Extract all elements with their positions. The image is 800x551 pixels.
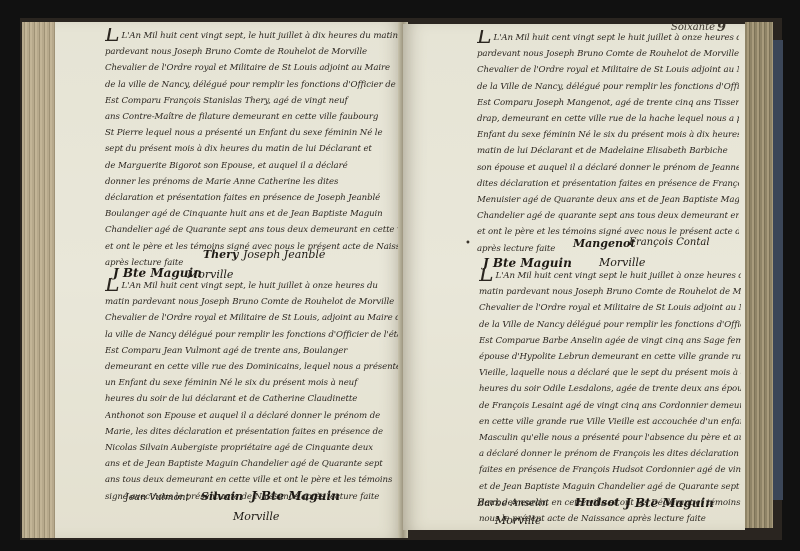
record-line: faites en présence de François Hudsot Co… — [479, 462, 741, 478]
record-line: de la Ville de Nancy, délégué pour rempl… — [477, 79, 739, 95]
record-line: Enfant du sexe féminin Né le six du prés… — [477, 127, 739, 143]
record-line: sept du présent mois à dix heures du mat… — [105, 141, 401, 157]
record-line: Chevalier de l'Ordre royal et Militaire … — [105, 310, 401, 326]
birth-record-2: LL'An Mil huit cent vingt sept, le huit … — [105, 278, 401, 505]
left-page: LL'An Mil huit cent vingt sept, le huit … — [55, 22, 403, 538]
signature-witness: J Bte Maguin — [251, 489, 340, 503]
record-line: pardevant nous Joseph Bruno Comte de Rou… — [105, 44, 401, 60]
record-line: et de Jean Baptiste Maguin Chandelier ag… — [479, 479, 741, 495]
birth-record-1: LL'An Mil huit cent vingt sept, le huit … — [105, 28, 401, 271]
record-line: Est Comparu François Stanislas Thery, ag… — [105, 93, 401, 109]
record-line: Est Comparue Barbe Anselin agée de vingt… — [479, 333, 741, 349]
record-line: Boulanger agé de Cinquante huit ans et d… — [105, 206, 401, 222]
signature-father: Jean Vulmont — [125, 492, 189, 503]
record-line: de la ville de Nancy, délégué pour rempl… — [105, 77, 401, 93]
right-page: Soixante 9 LL'An Mil huit cent vingt sep… — [403, 24, 745, 530]
record-line: LL'An Mil huit cent vingt sept le huit j… — [477, 30, 739, 46]
record-line: Chevalier de l'Ordre royal et Militaire … — [477, 62, 739, 78]
record-line: Chandelier agé de quarante sept ans tous… — [477, 208, 739, 224]
signature-father: Thery — [203, 248, 238, 261]
record-line: drap, demeurant en cette ville rue de la… — [477, 111, 739, 127]
margin-mark: • — [465, 238, 471, 249]
signature-witness: François Contal — [629, 237, 710, 248]
record-line: Nicolas Silvain Aubergiste propriétaire … — [105, 440, 401, 456]
record-line: heures du soir de lui déclarant et de Ca… — [105, 391, 401, 407]
record-line: matin de lui Déclarant et de Madelaine E… — [477, 143, 739, 159]
signature-officer: Morville — [233, 510, 279, 523]
record-line: un Enfant du sexe féminin Né le six du p… — [105, 375, 401, 391]
record-line: Chandelier agé de Quarante sept ans tous… — [105, 222, 401, 238]
birth-record-3: LL'An Mil huit cent vingt sept le huit j… — [477, 30, 739, 257]
record-line: Marie, les dites déclaration et présenta… — [105, 424, 401, 440]
record-line: épouse d'Hypolite Lebrun demeurant en ce… — [479, 349, 741, 365]
signature-witness: Silvain — [201, 490, 243, 503]
record-line: LL'An Mil huit cent vingt sept le huit j… — [479, 268, 741, 284]
record-line: LL'An Mil huit cent vingt sept, le huit … — [105, 278, 401, 294]
record-line: dites déclaration et présentation faites… — [477, 176, 739, 192]
record-line: ans tous deux demeurant en cette ville e… — [105, 472, 401, 488]
record-line: donner les prénoms de Marie Anne Catheri… — [105, 174, 401, 190]
birth-record-4: LL'An Mil huit cent vingt sept le huit j… — [479, 268, 741, 527]
record-line: heures du soir Odile Lesdalons, agée de … — [479, 381, 741, 397]
record-line: Vieille, laquelle nous a déclaré que le … — [479, 365, 741, 381]
signature-officer: Morville — [495, 514, 541, 527]
record-line: demeurant en cette ville rue des Dominic… — [105, 359, 401, 375]
record-line: son épouse et auquel il a déclaré donner… — [477, 160, 739, 176]
signature-declarant: Barbe Anselin — [477, 498, 548, 509]
binding-spine — [773, 40, 783, 500]
record-line: Chevalier de l'Ordre royal et Militaire … — [105, 60, 401, 76]
record-line: ans Contre-Maître de filature demeurant … — [105, 109, 401, 125]
signature-witness: J Bte Maguin — [625, 496, 714, 510]
record-line: St Pierre lequel nous a présenté un Enfa… — [105, 125, 401, 141]
signature-witness: Joseph Jeanblé — [243, 248, 325, 261]
record-line: Masculin qu'elle nous a présenté pour l'… — [479, 430, 741, 446]
record-line: LL'An Mil huit cent vingt sept, le huit … — [105, 28, 401, 44]
record-line: matin pardevant nous Joseph Bruno Comte … — [479, 284, 741, 300]
right-page-block-edge — [745, 22, 773, 528]
left-page-block-edge — [22, 22, 56, 538]
record-line: Est Comparu Joseph Mangenot, agé de tren… — [477, 95, 739, 111]
record-line: Anthonot son Epouse et auquel il a décla… — [105, 408, 401, 424]
record-line: matin pardevant nous Joseph Bruno Comte … — [105, 294, 401, 310]
record-line: ans et de Jean Baptiste Maguin Chandelie… — [105, 456, 401, 472]
record-line: Chevalier de l'Ordre royal et Militaire … — [479, 300, 741, 316]
record-line: en cette ville grande rue Ville Vieille … — [479, 414, 741, 430]
record-line: la ville de Nancy délégué pour remplir l… — [105, 327, 401, 343]
record-line: Est Comparu Jean Vulmont agé de trente a… — [105, 343, 401, 359]
record-line: Menuisier agé de Quarante deux ans et de… — [477, 192, 739, 208]
record-line: de la Ville de Nancy délégué pour rempli… — [479, 317, 741, 333]
record-line: pardevant nous Joseph Bruno Comte de Rou… — [477, 46, 739, 62]
record-line: de François Lesaint agé de vingt cinq an… — [479, 398, 741, 414]
signature-father: Mangenot — [573, 237, 635, 250]
record-line: a déclaré donner le prénom de François l… — [479, 446, 741, 462]
signature-witness: Hudsot — [575, 496, 620, 509]
record-line: de Marguerite Bigorot son Epouse, et auq… — [105, 158, 401, 174]
record-line: déclaration et présentation faites en pr… — [105, 190, 401, 206]
